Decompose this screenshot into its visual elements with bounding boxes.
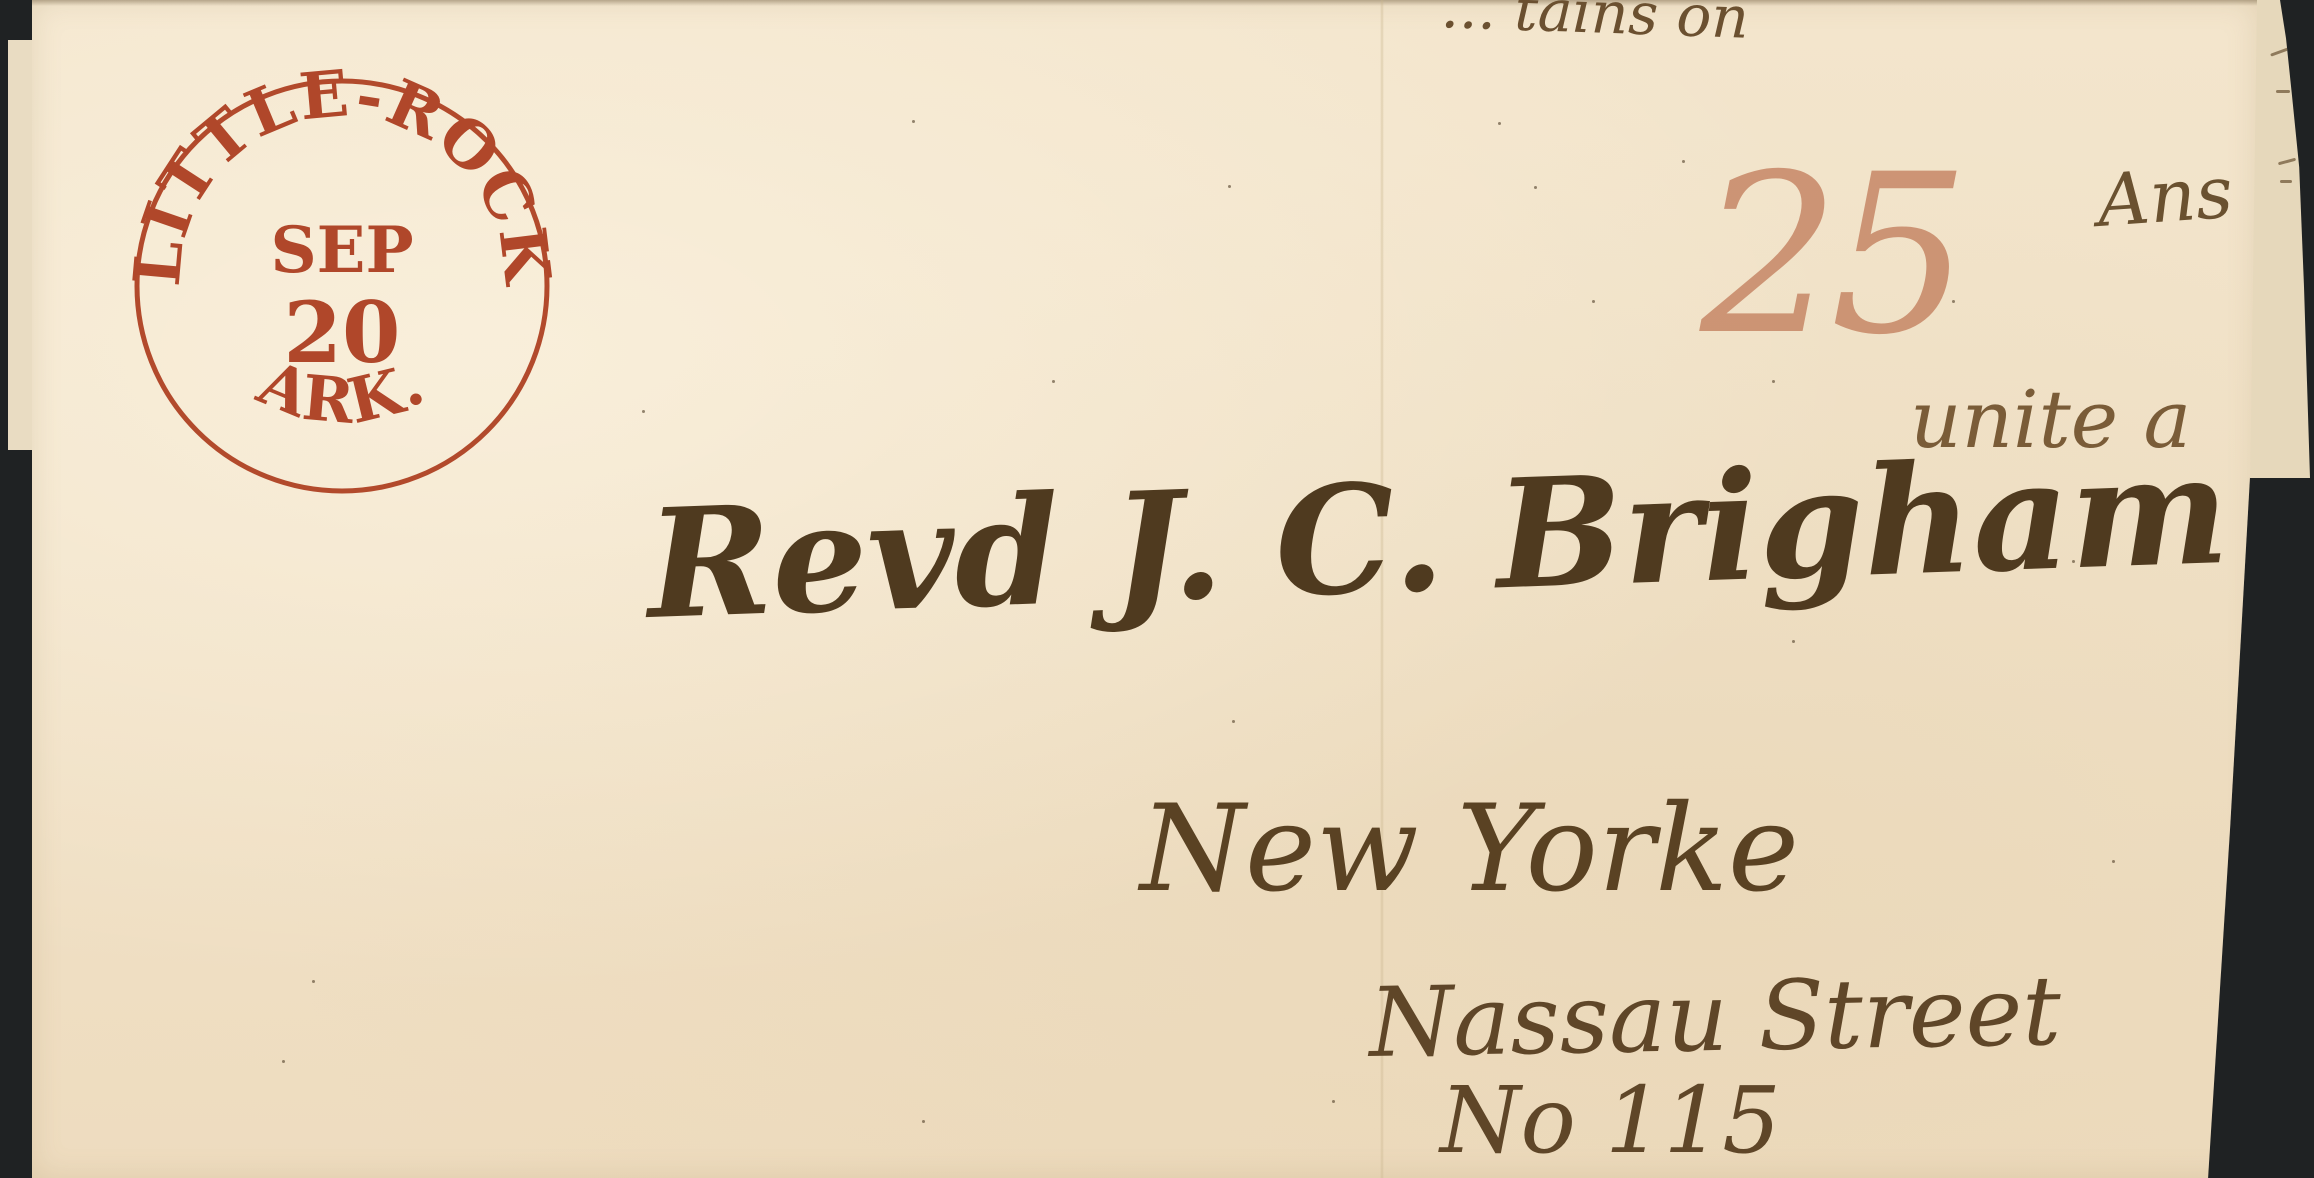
- postmark-month: SEP: [270, 213, 413, 288]
- rate-marking: 25: [1700, 145, 1960, 365]
- flap-ink-mark: [2270, 46, 2292, 56]
- paper-speck: [922, 1120, 925, 1123]
- paper-speck: [912, 120, 915, 123]
- right-inner-flap: [2250, 0, 2310, 478]
- address-number: No 115: [1440, 1075, 1781, 1167]
- side-annotation-ans: Ans: [2095, 156, 2235, 237]
- address-street: Nassau Street: [1368, 963, 2061, 1071]
- paper-speck: [1228, 185, 1231, 188]
- flap-ink-mark: [2280, 180, 2292, 183]
- paper-speck: [2112, 860, 2115, 863]
- paper-speck: [1052, 380, 1055, 383]
- flap-ink-mark: [2278, 158, 2296, 166]
- paper-speck: [1534, 186, 1537, 189]
- flap-ink-mark: [2276, 90, 2290, 93]
- postmark-graphic: LITTLE-ROCK ARK. SEP 20: [128, 72, 556, 500]
- paper-speck: [1592, 300, 1595, 303]
- paper-speck: [1498, 122, 1501, 125]
- paper-speck: [1792, 640, 1795, 643]
- paper-speck: [642, 410, 645, 413]
- paper-speck: [312, 980, 315, 983]
- top-edge-shadow: [32, 0, 2257, 6]
- paper-speck: [1232, 720, 1235, 723]
- top-edge-manuscript: ... tains on: [1440, 0, 1750, 47]
- postmark-day: 20: [284, 283, 401, 382]
- letter-cover-image: LITTLE-ROCK ARK. SEP 20 ... tains on 25 …: [0, 0, 2314, 1178]
- circular-datestamp: LITTLE-ROCK ARK. SEP 20: [128, 72, 556, 500]
- paper-speck: [1682, 160, 1685, 163]
- address-city: New Yorke: [1140, 790, 1799, 910]
- paper-speck: [282, 1060, 285, 1063]
- paper-speck: [1332, 1100, 1335, 1103]
